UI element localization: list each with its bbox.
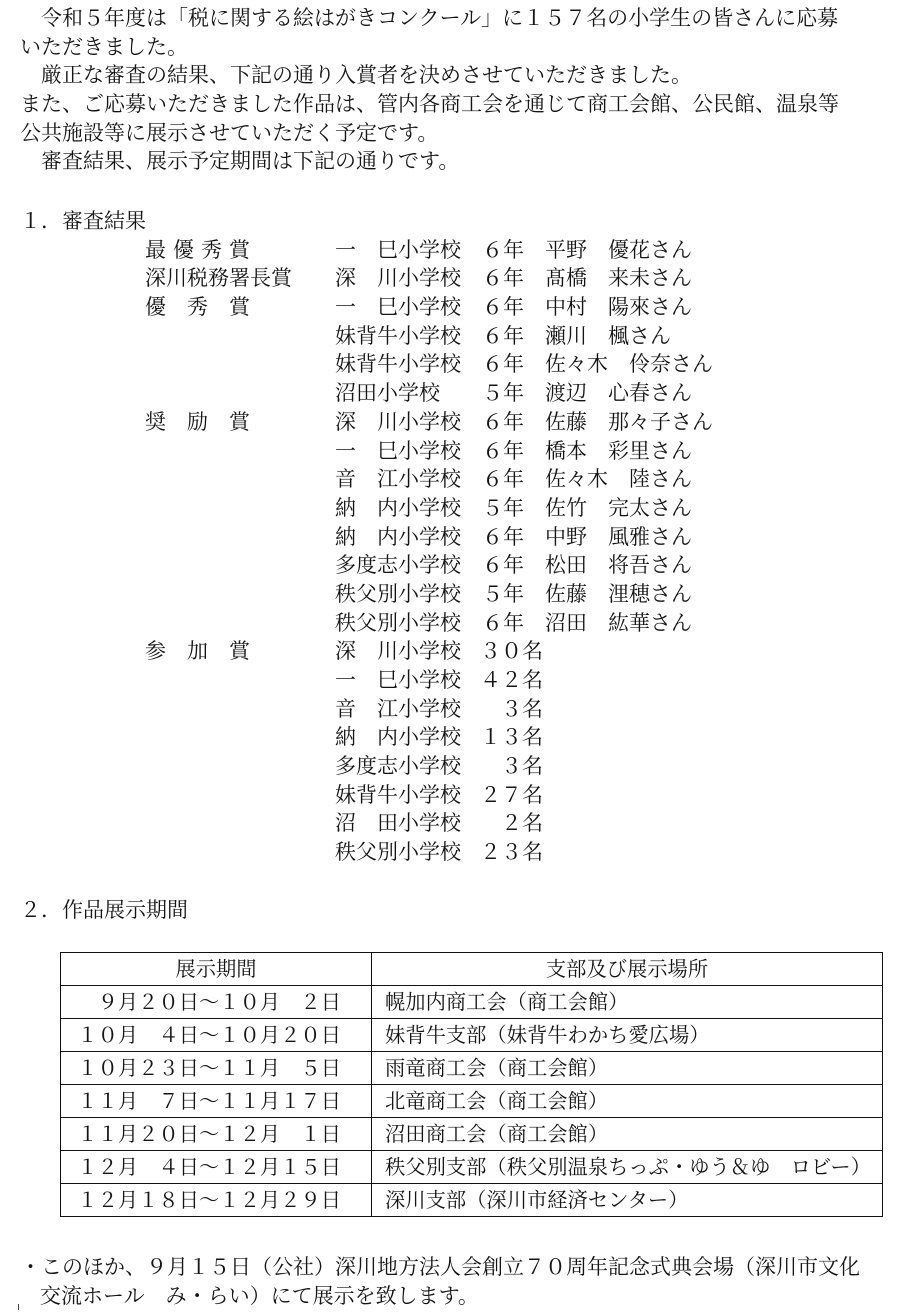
school-name: 深 川小学校 xyxy=(335,408,461,437)
table-row: １１月２０日～１２月 １日 沼田商工会（商工会館） xyxy=(61,1118,883,1151)
note-line: 交流ホール み・らい）にて展示を致します。 xyxy=(20,1282,910,1311)
student-name: 佐竹 完太さん xyxy=(545,494,692,523)
venue-cell: 幌加内商工会（商工会館） xyxy=(372,986,883,1019)
header-venue: 支部及び展示場所 xyxy=(372,953,883,986)
school-name: 一 巳小学校 xyxy=(335,293,461,322)
venue-cell: 北竜商工会（商工会館） xyxy=(372,1085,883,1118)
award-row: 最優秀賞 一 巳小学校 ６年 平野 優花さん xyxy=(0,236,915,265)
student-name: 佐々木 伶奈さん xyxy=(545,350,713,379)
intro-line: 厳正な審査の結果、下記の通り入賞者を決めさせていただきました。 xyxy=(20,61,910,90)
school-name: 多度志小学校 xyxy=(335,752,461,781)
school-name: 音 江小学校 xyxy=(335,465,461,494)
participation-row: 秩父別小学校 ２３名 xyxy=(0,838,915,867)
student-name: 佐藤 那々子さん xyxy=(545,408,713,437)
intro-line: 公共施設等に展示させていただく予定です。 xyxy=(20,119,910,148)
award-row: 一 巳小学校 ６年 橋本 彩里さん xyxy=(0,437,915,466)
student-name: 沼田 紘華さん xyxy=(545,609,692,638)
award-label: 参 加 賞 xyxy=(145,637,250,666)
intro-line: 令和５年度は「税に関する絵はがきコンクール」に１５７名の小学生の皆さんに応募 xyxy=(20,4,910,33)
exhibition-schedule-table: 展示期間 支部及び展示場所 ９月２０日～１０月 ２日 幌加内商工会（商工会館） … xyxy=(60,952,883,1217)
school-name: 妹背牛小学校 xyxy=(335,350,461,379)
table-row: １２月 ４日～１２月１５日 秩父別支部（秩父別温泉ちっぷ・ゆう＆ゆ ロビー） xyxy=(61,1151,883,1184)
grade: ６年 xyxy=(482,465,524,494)
participation-row: 一 巳小学校 ４２名 xyxy=(0,666,915,695)
award-row: 多度志小学校 ６年 松田 将吾さん xyxy=(0,551,915,580)
grade: ５年 xyxy=(482,379,524,408)
grade: ５年 xyxy=(482,494,524,523)
school-name: 沼 田小学校 xyxy=(335,809,461,838)
venue-cell: 秩父別支部（秩父別温泉ちっぷ・ゆう＆ゆ ロビー） xyxy=(372,1151,883,1184)
award-label: 最優秀賞 xyxy=(145,236,257,265)
participant-count: ３名 xyxy=(470,752,543,781)
award-row: 優 秀 賞 一 巳小学校 ６年 中村 陽來さん xyxy=(0,293,915,322)
student-name: 松田 将吾さん xyxy=(545,551,692,580)
award-row: 奨 励 賞 深 川小学校 ６年 佐藤 那々子さん xyxy=(0,408,915,437)
table-row: ９月２０日～１０月 ２日 幌加内商工会（商工会館） xyxy=(61,986,883,1019)
venue-cell: 妹背牛支部（妹背牛わかち愛広場） xyxy=(372,1019,883,1052)
school-name: 納 内小学校 xyxy=(335,494,461,523)
period-cell: １２月 ４日～１２月１５日 xyxy=(61,1151,372,1184)
participation-row: 多度志小学校 ３名 xyxy=(0,752,915,781)
intro-line: 審査結果、展示予定期間は下記の通りです。 xyxy=(20,147,910,176)
section-heading-exhibition: ２．作品展示期間 xyxy=(0,896,188,925)
header-period: 展示期間 xyxy=(61,953,372,986)
student-name: 中村 陽來さん xyxy=(545,293,692,322)
grade: ６年 xyxy=(482,322,524,351)
school-name: 秩父別小学校 xyxy=(335,609,461,638)
participation-row: 音 江小学校 ３名 xyxy=(0,695,915,724)
period-cell: １０月２３日～１１月 ５日 xyxy=(61,1052,372,1085)
school-name: 音 江小学校 xyxy=(335,695,461,724)
school-name: 深 川小学校 xyxy=(335,637,461,666)
table-row: １０月２３日～１１月 ５日 雨竜商工会（商工会館） xyxy=(61,1052,883,1085)
participant-count: ２７名 xyxy=(470,781,543,810)
text-cursor-mark xyxy=(18,1304,19,1310)
student-name: 髙橋 来未さん xyxy=(545,264,692,293)
school-name: 深 川小学校 xyxy=(335,264,461,293)
participant-count: １３名 xyxy=(470,723,543,752)
grade: ６年 xyxy=(482,264,524,293)
table-header-row: 展示期間 支部及び展示場所 xyxy=(61,953,883,986)
venue-cell: 雨竜商工会（商工会館） xyxy=(372,1052,883,1085)
student-name: 中野 風雅さん xyxy=(545,523,692,552)
school-name: 秩父別小学校 xyxy=(335,580,461,609)
award-row: 音 江小学校 ６年 佐々木 陸さん xyxy=(0,465,915,494)
period-cell: １０月 ４日～１０月２０日 xyxy=(61,1019,372,1052)
participation-row: 納 内小学校 １３名 xyxy=(0,723,915,752)
period-cell: １１月２０日～１２月 １日 xyxy=(61,1118,372,1151)
period-cell: １２月１８日～１２月２９日 xyxy=(61,1184,372,1217)
award-row: 深川税務署長賞 深 川小学校 ６年 髙橋 来未さん xyxy=(0,264,915,293)
participant-count: ４２名 xyxy=(470,666,543,695)
grade: ６年 xyxy=(482,350,524,379)
award-row: 妹背牛小学校 ６年 瀬川 楓さん xyxy=(0,322,915,351)
school-name: 納 内小学校 xyxy=(335,523,461,552)
award-row: 妹背牛小学校 ６年 佐々木 伶奈さん xyxy=(0,350,915,379)
additional-exhibition-note: ・このほか、９月１５日（公社）深川地方法人会創立７０周年記念式典会場（深川市文化… xyxy=(20,1253,910,1310)
table-row: １２月１８日～１２月２９日 深川支部（深川市経済センター） xyxy=(61,1184,883,1217)
grade: ５年 xyxy=(482,580,524,609)
intro-line: また、ご応募いただきました作品は、管内各商工会を通じて商工会館、公民館、温泉等 xyxy=(20,90,910,119)
participation-row: 沼 田小学校 ２名 xyxy=(0,809,915,838)
school-name: 一 巳小学校 xyxy=(335,236,461,265)
participant-count: ３０名 xyxy=(470,637,543,666)
award-row: 沼田小学校 ５年 渡辺 心春さん xyxy=(0,379,915,408)
judging-results-section: １．審査結果 最優秀賞 一 巳小学校 ６年 平野 優花さん 深川税務署長賞 深 … xyxy=(0,207,915,867)
school-name: 多度志小学校 xyxy=(335,551,461,580)
student-name: 佐藤 浬穂さん xyxy=(545,580,692,609)
intro-paragraph: 令和５年度は「税に関する絵はがきコンクール」に１５７名の小学生の皆さんに応募 い… xyxy=(20,4,910,176)
participant-count: ２名 xyxy=(470,809,543,838)
grade: ６年 xyxy=(482,437,524,466)
award-row: 納 内小学校 ５年 佐竹 完太さん xyxy=(0,494,915,523)
grade: ６年 xyxy=(482,609,524,638)
intro-line: いただきました。 xyxy=(20,33,910,62)
grade: ６年 xyxy=(482,293,524,322)
award-row: 秩父別小学校 ５年 佐藤 浬穂さん xyxy=(0,580,915,609)
school-name: 一 巳小学校 xyxy=(335,437,461,466)
table-row: １０月 ４日～１０月２０日 妹背牛支部（妹背牛わかち愛広場） xyxy=(61,1019,883,1052)
school-name: 納 内小学校 xyxy=(335,723,461,752)
table-row: １１月 ７日～１１月１７日 北竜商工会（商工会館） xyxy=(61,1085,883,1118)
grade: ６年 xyxy=(482,523,524,552)
grade: ６年 xyxy=(482,408,524,437)
participation-row: 参 加 賞 深 川小学校 ３０名 xyxy=(0,637,915,666)
section-heading-results: １．審査結果 xyxy=(0,207,915,236)
award-label: 奨 励 賞 xyxy=(145,408,250,437)
student-name: 渡辺 心春さん xyxy=(545,379,692,408)
school-name: 一 巳小学校 xyxy=(335,666,461,695)
school-name: 妹背牛小学校 xyxy=(335,781,461,810)
venue-cell: 深川支部（深川市経済センター） xyxy=(372,1184,883,1217)
school-name: 沼田小学校 xyxy=(335,379,440,408)
grade: ６年 xyxy=(482,236,524,265)
period-cell: １１月 ７日～１１月１７日 xyxy=(61,1085,372,1118)
award-row: 秩父別小学校 ６年 沼田 紘華さん xyxy=(0,609,915,638)
award-label: 深川税務署長賞 xyxy=(145,264,292,293)
student-name: 瀬川 楓さん xyxy=(545,322,671,351)
student-name: 橋本 彩里さん xyxy=(545,437,692,466)
period-cell: ９月２０日～１０月 ２日 xyxy=(61,986,372,1019)
award-row: 納 内小学校 ６年 中野 風雅さん xyxy=(0,523,915,552)
school-name: 妹背牛小学校 xyxy=(335,322,461,351)
award-label: 優 秀 賞 xyxy=(145,293,250,322)
school-name: 秩父別小学校 xyxy=(335,838,461,867)
participant-count: ３名 xyxy=(470,695,543,724)
student-name: 平野 優花さん xyxy=(545,236,692,265)
participation-row: 妹背牛小学校 ２７名 xyxy=(0,781,915,810)
venue-cell: 沼田商工会（商工会館） xyxy=(372,1118,883,1151)
participant-count: ２３名 xyxy=(470,838,543,867)
student-name: 佐々木 陸さん xyxy=(545,465,692,494)
note-line: ・このほか、９月１５日（公社）深川地方法人会創立７０周年記念式典会場（深川市文化 xyxy=(20,1253,910,1282)
grade: ６年 xyxy=(482,551,524,580)
